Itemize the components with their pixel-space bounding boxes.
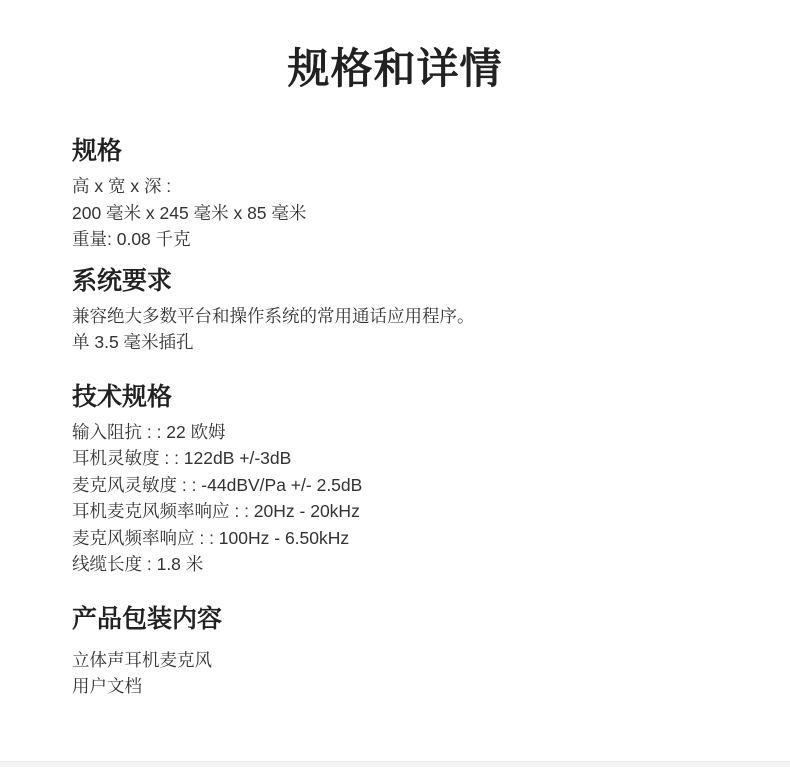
spec-line-mic-frequency-response: 麦克风频率响应 : : 100Hz - 6.50kHz (72, 525, 718, 552)
spec-content: 规格 高 x 宽 x 深 : 200 毫米 x 245 毫米 x 85 毫米 重… (0, 136, 790, 700)
section-technical-specs: 技术规格 输入阻抗 : : 22 欧姆 耳机灵敏度 : : 122dB +/-3… (72, 382, 718, 578)
section-heading-system-requirements: 系统要求 (72, 266, 718, 296)
section-heading-specifications: 规格 (72, 136, 718, 166)
spec-line-headphone-sensitivity: 耳机灵敏度 : : 122dB +/-3dB (72, 445, 718, 472)
spec-line-dimensions-label: 高 x 宽 x 深 : (72, 173, 718, 200)
section-package-contents: 产品包装内容 立体声耳机麦克风 用户文档 (72, 604, 718, 700)
spec-detail-page: 规格和详情 规格 高 x 宽 x 深 : 200 毫米 x 245 毫米 x 8… (0, 44, 790, 700)
spec-line-jack: 单 3.5 毫米插孔 (72, 329, 718, 356)
section-heading-technical-specs: 技术规格 (72, 382, 718, 412)
footer-strip (0, 761, 790, 767)
spec-line-headphone-frequency-response: 耳机麦克风频率响应 : : 20Hz - 20kHz (72, 498, 718, 525)
spec-line-weight: 重量: 0.08 千克 (72, 226, 718, 253)
page-title: 规格和详情 (0, 44, 790, 94)
spec-line-cable-length: 线缆长度 : 1.8 米 (72, 551, 718, 578)
spec-line-mic-sensitivity: 麦克风灵敏度 : : -44dBV/Pa +/- 2.5dB (72, 472, 718, 499)
spec-line-compatibility: 兼容绝大多数平台和操作系统的常用通话应用程序。 (72, 303, 718, 330)
spec-line-input-impedance: 输入阻抗 : : 22 欧姆 (72, 419, 718, 446)
section-system-requirements: 系统要求 兼容绝大多数平台和操作系统的常用通话应用程序。 单 3.5 毫米插孔 (72, 266, 718, 356)
section-heading-package-contents: 产品包装内容 (72, 604, 718, 634)
spec-line-user-documentation: 用户文档 (72, 673, 718, 700)
spec-line-dimensions-value: 200 毫米 x 245 毫米 x 85 毫米 (72, 200, 718, 227)
section-specifications: 规格 高 x 宽 x 深 : 200 毫米 x 245 毫米 x 85 毫米 重… (72, 136, 718, 253)
spec-line-headset-item: 立体声耳机麦克风 (72, 647, 718, 674)
